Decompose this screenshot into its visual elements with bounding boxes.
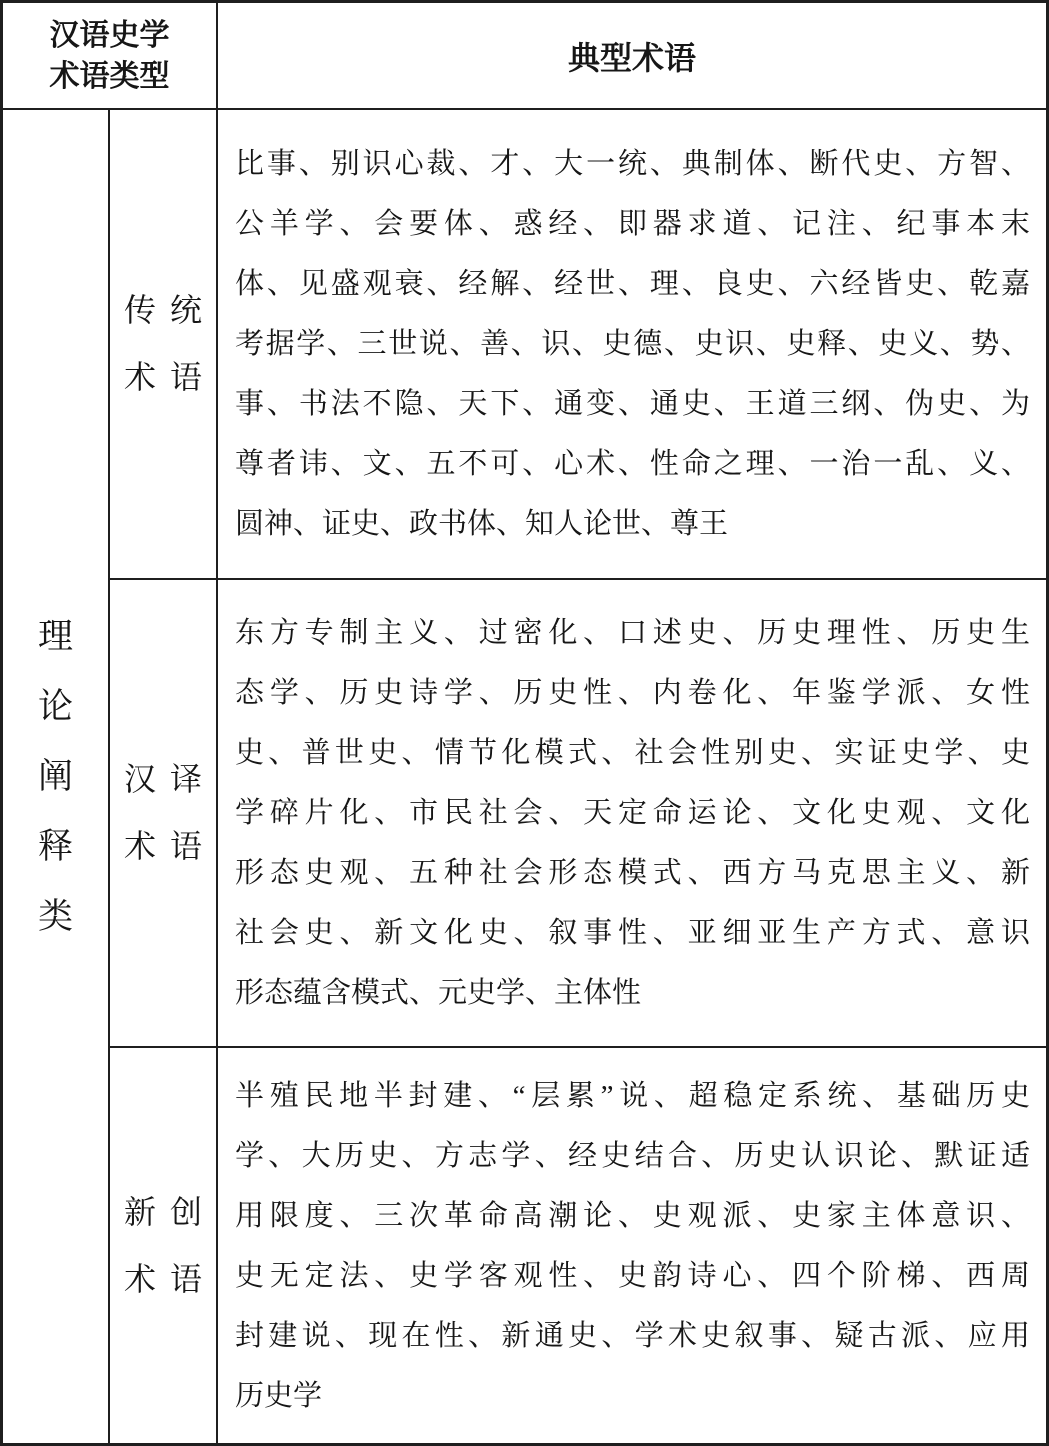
text-line: 论 [38,672,73,742]
header-cell-term-type: 汉语史学术语类型 [3,3,218,110]
text-line: 传统 [110,277,216,344]
text-line: 汉语史学 [50,15,170,56]
text-line: 社会史、新文化史、叙事性、亚细亚生产方式、意识 [235,903,1030,963]
text-line: 史、普世史、情节化模式、社会性别史、实证史学、史 [235,723,1030,783]
text-line: 术语类型 [50,56,170,97]
text-line: 术语 [110,813,216,880]
text-line: 新创 [110,1179,216,1246]
text-line: 术语 [110,344,216,411]
terms-cell-newly-coined: 半殖民地半封建、“层累”说、超稳定系统、基础历史学、大历史、方志学、经史结合、历… [218,1048,1046,1443]
text-line: 事、书法不隐、天下、通变、通史、王道三纲、伪史、为 [235,374,1030,434]
type-cell-newly-coined-terms: 新创术语 [110,1048,218,1443]
text-line: 汉译 [110,746,216,813]
terms-cell-translated: 东方专制主义、过密化、口述史、历史理性、历史生态学、历史诗学、历史性、内卷化、年… [218,580,1046,1048]
text-line: 考据学、三世说、善、识、史德、史识、史释、史义、势、 [235,314,1030,374]
text-line: 体、见盛观衰、经解、经世、理、良史、六经皆史、乾嘉 [235,254,1030,314]
text-line: 东方专制主义、过密化、口述史、历史理性、历史生 [235,603,1030,663]
text-line: 圆神、证史、政书体、知人论世、尊王 [235,494,1030,554]
category-cell-theory-interpretation: 理论阐释类 [3,110,110,1443]
text-line: 比事、别识心裁、才、大一统、典制体、断代史、方智、 [235,134,1030,194]
header-typical-terms-label: 典型术语 [568,33,696,79]
text-line: 学碎片化、市民社会、天定命运论、文化史观、文化 [235,783,1030,843]
text-line: 形态史观、五种社会形态模式、西方马克思主义、新 [235,843,1030,903]
text-line: 史无定法、史学客观性、史韵诗心、四个阶梯、西周 [235,1246,1030,1306]
text-line: 态学、历史诗学、历史性、内卷化、年鉴学派、女性 [235,663,1030,723]
text-line: 尊者讳、文、五不可、心术、性命之理、一治一乱、义、 [235,434,1030,494]
text-line: 理 [38,602,73,672]
text-line: 用限度、三次革命高潮论、史观派、史家主体意识、 [235,1186,1030,1246]
type-cell-traditional-terms: 传统术语 [110,110,218,580]
text-line: 历史学 [235,1366,1030,1426]
terms-cell-traditional: 比事、别识心裁、才、大一统、典制体、断代史、方智、公羊学、会要体、惑经、即器求道… [218,110,1046,580]
text-line: 释 [38,812,73,882]
text-line: 半殖民地半封建、“层累”说、超稳定系统、基础历史 [235,1066,1030,1126]
header-cell-typical-terms: 典型术语 [218,3,1046,110]
text-line: 术语 [110,1246,216,1313]
text-line: 类 [38,882,73,952]
text-line: 公羊学、会要体、惑经、即器求道、记注、纪事本末 [235,194,1030,254]
terminology-table: 汉语史学术语类型 典型术语 理论阐释类 传统术语 比事、别识心裁、才、大一统、典… [0,0,1049,1446]
text-line: 阐 [38,742,73,812]
text-line: 形态蕴含模式、元史学、主体性 [235,963,1030,1023]
text-line: 封建说、现在性、新通史、学术史叙事、疑古派、应用 [235,1306,1030,1366]
type-cell-translated-terms: 汉译术语 [110,580,218,1048]
text-line: 学、大历史、方志学、经史结合、历史认识论、默证适 [235,1126,1030,1186]
